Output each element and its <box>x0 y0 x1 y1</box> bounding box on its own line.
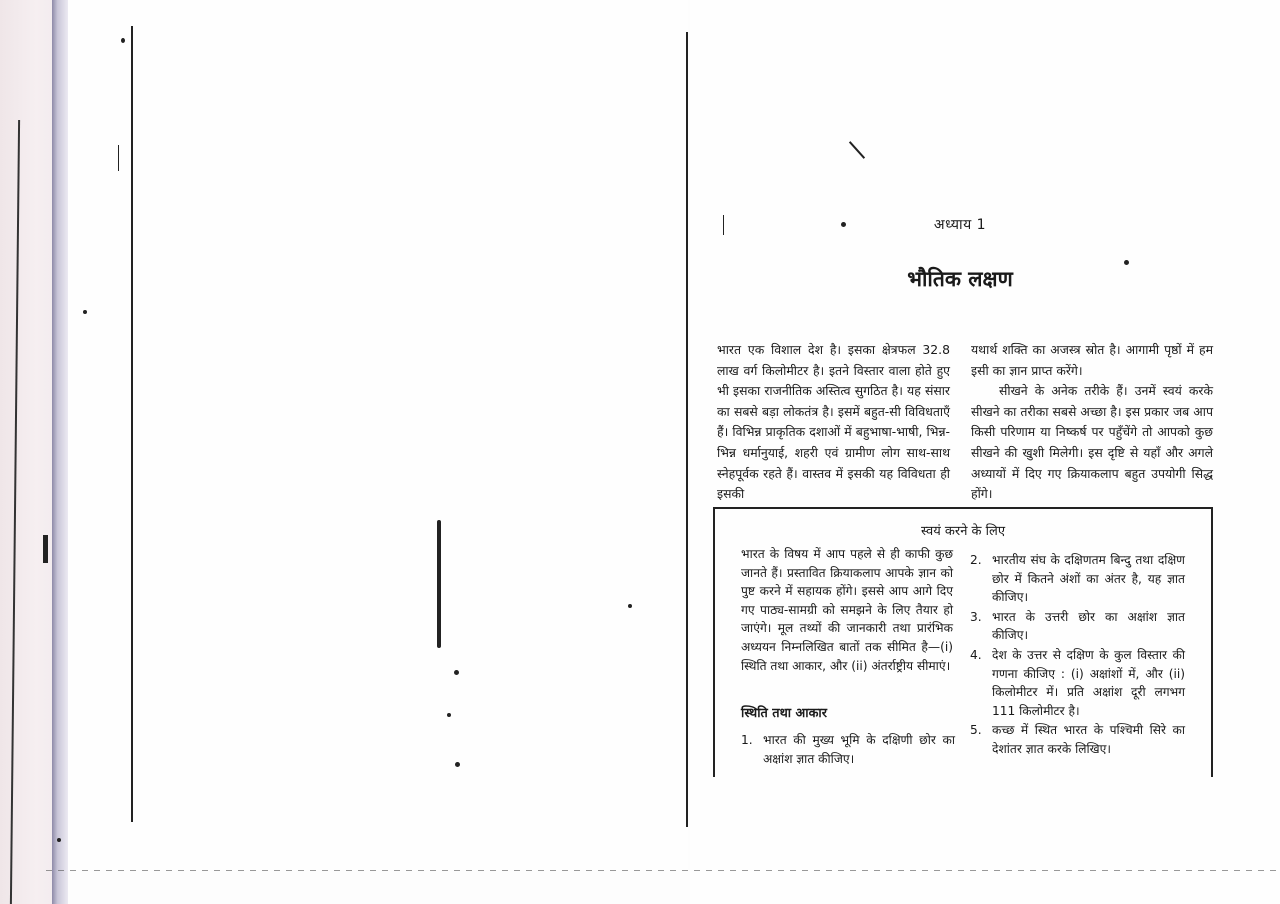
scan-mark <box>723 215 724 235</box>
scan-mark <box>118 145 119 171</box>
question-number: 3. <box>970 608 992 645</box>
question-item: 2. भारतीय संघ के दक्षिणतम बिन्दु तथा दक्… <box>970 551 1185 607</box>
intro-paragraph: यथार्थ शक्ति का अजस्त्र स्रोत है। आगामी … <box>971 340 1213 381</box>
question-item: 4. देश के उत्तर से दक्षिण के कुल विस्तार… <box>970 646 1185 720</box>
left-page-margin-rule <box>131 26 133 822</box>
scan-speck <box>447 713 451 717</box>
intro-column-right: यथार्थ शक्ति का अजस्त्र स्रोत है। आगामी … <box>971 340 1213 505</box>
question-text: कच्छ में स्थित भारत के पश्चिमी सिरे का द… <box>992 721 1185 758</box>
question-text: भारत की मुख्य भूमि के दक्षिणी छोर का अक्… <box>763 731 955 768</box>
page-bottom-edge <box>46 870 1280 871</box>
left-page <box>68 0 688 870</box>
activity-subheading: स्थिति तथा आकार <box>741 703 827 721</box>
scan-mark <box>437 520 441 648</box>
intro-column-left: भारत एक विशाल देश है। इसका क्षेत्रफल 32.… <box>717 340 950 505</box>
scan-speck <box>57 838 61 842</box>
activity-box: स्वयं करने के लिए भारत के विषय में आप पह… <box>713 507 1213 777</box>
question-list-right: 2. भारतीय संघ के दक्षिणतम बिन्दु तथा दक्… <box>970 551 1185 760</box>
scan-speck <box>841 222 846 227</box>
scan-speck <box>121 38 125 43</box>
question-item: 5. कच्छ में स्थित भारत के पश्चिमी सिरे क… <box>970 721 1185 758</box>
activity-box-intro: भारत के विषय में आप पहले से ही काफी कुछ … <box>741 545 953 675</box>
question-text: भारत के उत्तरी छोर का अक्षांश ज्ञात कीजि… <box>992 608 1185 645</box>
left-page-right-rule <box>686 32 688 827</box>
scan-speck <box>1124 260 1129 265</box>
activity-box-title: स्वयं करने के लिए <box>715 521 1211 539</box>
question-number: 2. <box>970 551 992 607</box>
scan-speck <box>83 310 87 314</box>
outer-page-edge <box>0 0 52 904</box>
question-number: 4. <box>970 646 992 720</box>
question-number: 5. <box>970 721 992 758</box>
binding-shadow <box>52 0 68 904</box>
question-number: 1. <box>741 731 763 768</box>
question-item: 3. भारत के उत्तरी छोर का अक्षांश ज्ञात क… <box>970 608 1185 645</box>
intro-paragraph: भारत एक विशाल देश है। इसका क्षेत्रफल 32.… <box>717 340 950 505</box>
scan-speck <box>455 762 460 767</box>
scan-speck <box>628 604 632 608</box>
intro-paragraph: सीखने के अनेक तरीके हैं। उनमें स्वयं करक… <box>971 381 1213 505</box>
question-text: भारतीय संघ के दक्षिणतम बिन्दु तथा दक्षिण… <box>992 551 1185 607</box>
chapter-label: अध्याय 1 <box>900 215 1020 234</box>
scan-mark <box>43 535 48 563</box>
chapter-title: भौतिक लक्षण <box>860 265 1060 293</box>
question-text: देश के उत्तर से दक्षिण के कुल विस्तार की… <box>992 646 1185 720</box>
question-list-left: 1. भारत की मुख्य भूमि के दक्षिणी छोर का … <box>741 731 955 769</box>
question-item: 1. भारत की मुख्य भूमि के दक्षिणी छोर का … <box>741 731 955 768</box>
scan-speck <box>454 670 459 675</box>
